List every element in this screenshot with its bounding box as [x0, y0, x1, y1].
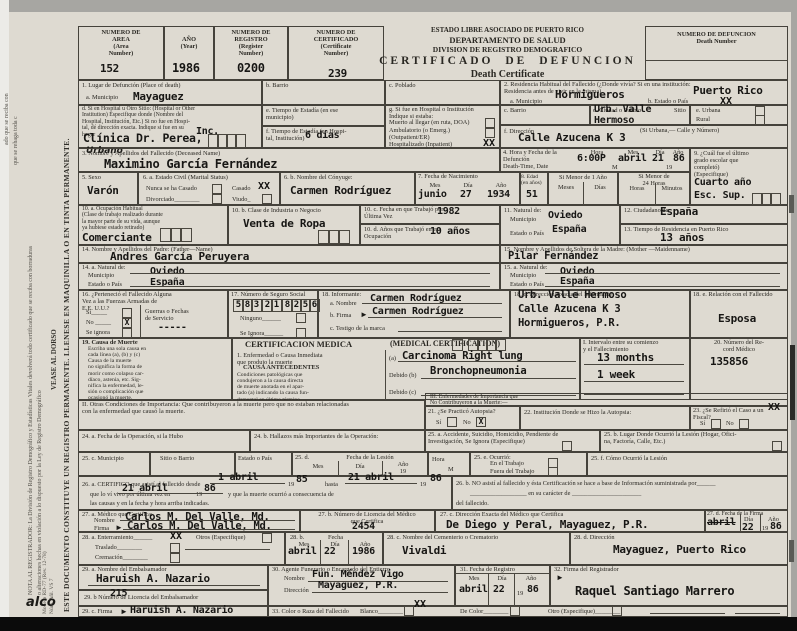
burial-cremacion-checkbox	[170, 553, 180, 563]
residence-municipio-value: Hormigueros	[555, 88, 625, 102]
autopsy-label: 21. ¿Se Practicó Autopsia?	[428, 408, 496, 415]
title-certificate: CERTIFICADO DE DEFUNCION	[360, 55, 655, 68]
place-municipio-value: Mayaguez	[133, 90, 184, 104]
injury-dia-label: Día	[340, 463, 380, 470]
spouse-label: 6. b. Nombre del Cónyuge:	[284, 174, 353, 181]
embalmer-signature-label: 29. c. Firma	[82, 608, 112, 615]
physician-address-value: De Diego y Peral, Mayaguez, P.R.	[446, 518, 648, 532]
cause-of-death-instructions: Escriba una sola causa en cada línea (a)…	[88, 346, 228, 401]
er-checkbox	[485, 128, 495, 138]
title-division: DIVISION DE REGISTRO DEMOGRAFICO	[375, 46, 640, 54]
signature-mes-value: abril	[707, 517, 736, 530]
widowed-checkbox	[262, 194, 272, 204]
father-natural-municipio-label: Municipio	[88, 272, 114, 279]
fiscal-si-label: Sí	[700, 420, 705, 427]
occupation-cell	[180, 228, 192, 242]
signature-arrow-icon: ►	[120, 607, 128, 616]
cemetery-address-label: 28. d. Dirección	[574, 534, 615, 541]
burial-otros-checkbox	[262, 533, 272, 543]
ssn-digit: 3	[251, 299, 262, 312]
line	[421, 378, 576, 379]
registry-date-label: 31. Fecha de Registro	[460, 566, 515, 573]
embalmer-value: Haruish A. Nazario	[96, 572, 210, 586]
cause-of-death-label: 19. Causa de Muerte	[82, 339, 138, 346]
margin-note-fragment: ado que se reciba con	[4, 10, 10, 145]
line	[123, 529, 295, 530]
industry-value: Venta de Ropa	[243, 217, 325, 231]
signature-ano-prefix: 19	[762, 525, 768, 532]
hospital-status-er-label: Ambulatorio (o Emerg.) (Outpatient/ER)	[389, 127, 481, 141]
injury-date-number: 25. d.	[295, 454, 309, 461]
accident-type-cell	[562, 441, 572, 451]
residence-estado-label: b. Estado o País	[648, 98, 688, 105]
place-municipio-label: a. Municipio	[86, 94, 118, 101]
burial-traslado-label: Traslado________	[95, 544, 142, 551]
deceased-name-label: 3. Nombre y Apellidos del Fallecido (Dec…	[82, 150, 220, 157]
industry-cell	[338, 230, 350, 244]
autopsy-si-label: Sí	[436, 419, 441, 426]
autopsy-institution-label: 22. Institución Donde se Hizo la Autopsi…	[524, 409, 684, 416]
title-death-certificate: Death Certificate	[375, 69, 640, 80]
scan-artifact	[789, 540, 794, 562]
birth-ano-value: 1934	[487, 189, 510, 202]
urbana-label: e. Urbana	[696, 107, 720, 114]
mother-natural-estado-label: Estado o País	[510, 281, 544, 288]
line	[398, 331, 502, 332]
informant-label: 18. Informante:	[322, 291, 361, 298]
pr-residence-time-value: 13 años	[660, 231, 704, 245]
operation-findings-label: 24. b. Hallazos más Importantes de la Op…	[254, 433, 422, 440]
industry-label: 10. b. Clase de Industria o Negocio	[232, 207, 358, 214]
ssn-ninguno-label: Ninguno______	[240, 315, 281, 322]
armed-ignora-checkbox	[122, 328, 132, 338]
last-worked-value: 1982	[437, 206, 460, 219]
year-label: AÑO (Year)	[165, 36, 213, 50]
physician-address-label: 27. c. Dirección Exacta del Médico que C…	[440, 511, 563, 518]
armed-ignora-label: Se ignora	[86, 329, 110, 336]
signature-arrow-icon: ►	[115, 523, 123, 532]
divider	[338, 461, 339, 476]
certificate-number-label: NUMERO DE CERTIFICADO (Certificate Numbe…	[290, 29, 382, 57]
year-value: 1986	[172, 61, 200, 76]
spouse-value: Carmen Rodríguez	[290, 184, 391, 198]
autopsy-no-checkbox: X	[476, 417, 486, 427]
wars-label: Guerras o Fechas de Servicio	[145, 308, 225, 322]
death-ano-prefix: 19	[666, 164, 672, 171]
injury-place-label: 25. b. Lugar Donde Ocurrió la Lesión (Ho…	[604, 431, 784, 445]
registrar-signature-label: 32. Firma del Registrador	[554, 566, 619, 573]
physician-firma-label: Firma	[94, 525, 109, 532]
margin-note-registrar-2: o alteraciones hechas en violación a lo …	[37, 90, 43, 595]
citizen-value: España	[660, 205, 698, 219]
register-number-label: NUMERO DE REGISTRO (Register Number)	[216, 29, 286, 57]
certify-y2-value: 86	[430, 473, 441, 486]
deceased-name-value: Maximino García Fernández	[104, 157, 277, 172]
armed-si-label: Sí_____	[86, 309, 107, 316]
birth-mes-label: Mes	[418, 182, 452, 189]
funeral-nombre-label: Nombre	[284, 575, 305, 582]
line	[185, 549, 270, 550]
father-natural-estado-value: España	[150, 277, 184, 290]
certify-y1-value: 85	[296, 474, 307, 487]
place-of-death-label: 1. Lugar de Defunción (Place of death)	[82, 82, 262, 89]
residence-city-value: Urb. Valle Hermoso	[594, 104, 651, 126]
injury-place-cell	[772, 441, 782, 451]
divider	[348, 540, 349, 565]
cause-c-label: Debido (c)	[389, 389, 416, 396]
title-commonwealth: ESTADO LIBRE ASOCIADO DE PUERTO RICO	[375, 27, 640, 35]
natural-estado-label: Estado o País	[510, 230, 544, 237]
signature-arrow-icon: ►	[360, 310, 368, 319]
line	[345, 483, 417, 484]
race-decolor-label: De Color________	[460, 608, 508, 615]
certify-y2-prefix: 19	[420, 481, 426, 488]
under-1-year-label: Si Menor de 1 Año	[549, 174, 617, 181]
birth-dia-label: Día	[454, 182, 482, 189]
certify-hasta: hasta	[325, 481, 338, 488]
area-number-value: 152	[100, 62, 119, 76]
divider	[140, 305, 141, 338]
divorced-label: Divorciado________	[146, 196, 200, 203]
death-dia-value: 21	[652, 153, 663, 166]
ssn-ignora-label: Se Ignora______	[240, 330, 283, 337]
ssn-ignora-checkbox	[296, 328, 306, 338]
divider	[488, 573, 489, 606]
scan-artifact	[790, 345, 795, 420]
ssn-label: 17. Número de Seguro Social	[231, 291, 317, 298]
informant-testigo-label: c. Testigo de la marca	[330, 325, 385, 332]
injury-off-work-label: Fuera del Trabajo	[490, 468, 534, 475]
residence-barrio-label: c. Barrio	[504, 107, 526, 114]
cause-code-dash: -	[463, 340, 465, 347]
register-number-value: 0200	[237, 61, 265, 76]
fiscal-no-label: No	[726, 420, 734, 427]
registry-dia-value: 22	[493, 584, 504, 597]
certificate-number-value: 239	[328, 67, 347, 81]
divider	[385, 350, 386, 400]
line	[88, 585, 260, 586]
autopsy-no-label: No	[463, 419, 471, 426]
age-label: 8. Edad (en años)	[521, 174, 548, 187]
margin-permanent-record-note: ESTE DOCUMENTO CONSTITUYE UN REGISTRO PE…	[62, 32, 71, 612]
divider	[583, 182, 584, 205]
birth-mes-value: junio	[418, 189, 447, 202]
not-attended-line3: del fallecido.	[456, 500, 489, 507]
registry-dia-label: Día	[490, 575, 514, 582]
cemetery-label: 28. c. Nombre del Cementerio o Crematori…	[387, 534, 567, 541]
cemetery-address-value: Mayaguez, Puerto Rico	[613, 543, 746, 557]
death-datetime-label: 4. Hora y Fecha de la Defunción Death-Ti…	[503, 149, 583, 170]
certify-line3: las causas y en la fecha y hora arriba i…	[90, 500, 209, 507]
residence-address-paren: (Si Urbana,— Calle y Número)	[640, 127, 719, 134]
race-otro-label: Otro (Especifique)________	[548, 608, 620, 615]
informant-relation-value: Esposa	[718, 312, 756, 326]
registry-mes-value: abril	[459, 584, 488, 597]
other-conditions-label: II. Otras Condiciones de Importancia: Qu…	[82, 401, 422, 416]
cause-a-label: (a)	[389, 355, 396, 362]
burial-mes-value: abril	[288, 546, 317, 559]
divider	[514, 573, 515, 606]
rural-label: Rural	[696, 116, 710, 123]
race-blanco-checkbox	[404, 606, 414, 616]
education-value: Cuarto año Esc. Sup.	[694, 177, 751, 202]
line	[398, 361, 576, 362]
area-number-label: NUMERO DE AREA (Area Number)	[80, 29, 162, 57]
cemetery-value: Vivaldi	[402, 544, 446, 558]
registrar-signature-value: Raquel Santiago Marrero	[575, 584, 734, 599]
stay-hospital-value: 6 días	[305, 130, 339, 143]
injury-mes-label: Mes	[298, 463, 338, 470]
line	[130, 286, 490, 287]
armed-no-label: No _____	[86, 319, 111, 326]
injury-municipio-label: 25. c. Municipio	[82, 455, 124, 462]
occupation-value: Comerciante	[82, 231, 152, 245]
hospital-status-doa-label: Muerto al llegar (en ruta, DOA)	[389, 119, 481, 126]
line	[455, 573, 550, 574]
registry-ano-value: 86	[527, 584, 538, 597]
not-attended-line1: 26. b. NO asistí al fallecido y ésta Cer…	[456, 480, 784, 487]
stay-municipio-label: e. Tiempo de Estadía (en ese municipio)	[266, 107, 384, 121]
education-label: 9. ¿Cuál fue el último grado escolar que…	[694, 150, 786, 178]
margin-note-fragment: que se rehaga toda c	[13, 15, 19, 165]
scan-artifact	[789, 195, 794, 213]
injury-hora-label: Hora	[432, 456, 445, 463]
marital-status-label: 6. a. Estado Civil (Marital Status)	[143, 174, 228, 181]
registry-mes-label: Mes	[458, 575, 490, 582]
death-mes-value: abril	[618, 153, 647, 166]
burial-date-number: 28. b.	[290, 534, 304, 541]
rural-checkbox	[755, 115, 765, 125]
natural-municipio-label: Municipio	[510, 216, 536, 223]
injury-hora-m: M	[448, 466, 454, 473]
mother-natural-label: 15. a. Natural de:	[504, 264, 548, 271]
hospital-value: Clínica Dr. Perea,	[83, 131, 202, 145]
meses-label: Meses	[549, 184, 583, 191]
race-label: 33. Color o Raza del Fallecido	[272, 608, 349, 615]
injury-estado-label: Estado o País	[238, 455, 272, 462]
race-blanco-label: Blanco________	[360, 608, 403, 615]
embalmer-license-label: 29. b Número de Licencia del Embalsamado…	[84, 594, 198, 601]
line	[368, 317, 502, 318]
death-number-label: NUMERO DE DEFUNCION Death Number	[650, 31, 783, 45]
antecedent-conditions-label: Condiciones patológicas que condujeron a…	[237, 372, 382, 403]
burial-date-label: Fecha	[328, 534, 343, 541]
divider	[740, 514, 741, 532]
cause-b-value: Bronchopneumonia	[430, 365, 526, 378]
widowed-label: Viudo_	[232, 196, 251, 203]
armed-no-checkbox: X	[122, 318, 132, 328]
divider	[760, 514, 761, 532]
divider	[655, 183, 656, 205]
residence-sitio-label: Sitio	[674, 107, 686, 114]
margin-note-registrar: NOTA AL REGISTRADOR: La División de Regi…	[28, 90, 34, 595]
age-value: 51	[526, 189, 537, 202]
scan-bottom-bar	[0, 617, 797, 631]
mother-name-value: Pilar Fernández	[508, 250, 598, 263]
wars-value: -----	[158, 322, 187, 335]
hospital-status-inpatient-label: Hospitalizado (Inpatient)	[389, 141, 481, 148]
not-attended-line2: __________________ en su carácter de ___…	[470, 490, 780, 497]
fiscal-no-checkbox	[739, 419, 749, 429]
divorced-checkbox	[212, 194, 222, 204]
burial-cremacion-label: Cremación________	[95, 554, 148, 561]
burial-dia-value: 22	[324, 546, 335, 559]
race-blanco-mark: XX	[414, 599, 426, 610]
mother-natural-municipio-label: Municipio	[510, 272, 536, 279]
interval-value-1: 13 months	[597, 351, 654, 365]
informant-relation-label: 18. e. Relación con el Fallecido	[693, 291, 785, 298]
line	[118, 493, 223, 494]
handwritten-alco: alco	[26, 595, 56, 610]
poblado-label: c. Poblado	[389, 82, 416, 89]
line	[130, 273, 490, 274]
informant-nombre-label: a. Nombre	[330, 300, 357, 307]
informant-address-value: Urb. Valle Hermoso Calle Azucena K 3 Hor…	[518, 288, 626, 331]
injury-sitio-label: Sitio o Barrio	[160, 455, 194, 462]
line	[545, 286, 780, 287]
armed-si-checkbox	[122, 308, 132, 318]
barrio-label: b. Barrio	[266, 82, 288, 89]
injury-date-label: Fecha de la Lesión	[320, 454, 420, 461]
fiscal-si-checkbox	[711, 419, 721, 429]
line	[735, 613, 780, 614]
embalmer-license-value: 215	[110, 588, 127, 601]
married-mark: XX	[258, 181, 270, 192]
residence-address-value: Calle Azucena K 3	[518, 131, 625, 145]
occupation-label: 10. a. Ocupación Habitual (Clase de trab…	[82, 206, 227, 232]
line	[545, 273, 780, 274]
burial-ano-value: 1986	[352, 546, 375, 559]
married-label: Casado	[232, 185, 251, 192]
death-number-line	[645, 60, 788, 61]
minutos-label: Minutos	[655, 185, 689, 192]
birth-ano-label: Año	[486, 182, 516, 189]
registry-ano-label: Año	[516, 575, 546, 582]
medical-certification-title: CERTIFICACION MEDICA	[245, 340, 352, 350]
ssn-digit: 1	[271, 299, 282, 312]
injury-at-work-label: En el Trabajo	[490, 460, 524, 467]
never-married-checkbox	[212, 184, 222, 194]
funeral-direccion-label: Dirección	[284, 587, 309, 594]
injury-how-label: 25. f. Cómo Ocurrió la Lesión	[591, 455, 667, 462]
death-ano-value: 86	[673, 153, 684, 166]
race-otro-checkbox	[612, 606, 622, 616]
margin-vease-al-dorso: VEASE AL DORSO	[50, 290, 58, 390]
father-natural-label: 14. a. Natural de:	[82, 264, 126, 271]
divider	[320, 540, 321, 565]
education-cell	[770, 193, 781, 205]
signature-arrow-icon: ►	[556, 573, 564, 582]
line	[584, 364, 684, 365]
death-hora-m: M	[612, 164, 618, 171]
race-decolor-checkbox	[510, 606, 520, 616]
line	[584, 381, 684, 382]
causa-antecedentes-label: CAUSA ANTECEDENTES	[243, 364, 319, 371]
certify-y1-prefix: 19	[288, 481, 294, 488]
father-natural-estado-label: Estado o País	[88, 281, 122, 288]
doa-checkbox	[485, 118, 495, 128]
horas-label: Horas	[619, 185, 655, 192]
operation-date-label: 24. a. Fecha de la Operación, si la Hubo	[82, 433, 183, 440]
ssn-ninguno-checkbox	[296, 313, 306, 323]
medical-record-label: 20. Número del Re- cord Médico	[693, 339, 785, 353]
birthdate-label: 7. Fecha de Nacimiento	[418, 173, 518, 180]
fiscal-mark: XX	[768, 402, 780, 413]
residence-municipio-label: a. Municipio	[510, 98, 542, 105]
never-married-label: Nunca se ha Casado	[146, 185, 197, 192]
death-hora-value: 6:00P	[577, 153, 606, 166]
certify-line2-suffix: y que la muerte ocurrió a consecuencia d…	[228, 491, 334, 498]
burial-otros-label: Otros (Especifique)	[196, 534, 245, 541]
natural-estado-value: España	[552, 224, 586, 237]
line	[362, 303, 502, 304]
hospital-cell	[235, 134, 246, 148]
burial-mark: XX	[170, 531, 182, 542]
medical-record-value: 135856	[710, 355, 748, 369]
line	[210, 483, 285, 484]
sex-value: Varón	[87, 184, 119, 198]
physician-nombre-label: Nombre	[94, 517, 115, 524]
father-name-value: Andres García Peruyera	[110, 250, 249, 264]
registry-ano-prefix: 19	[517, 590, 523, 597]
burial-enterramiento-label: 28. a. Enterramiento______	[82, 534, 152, 541]
autopsy-si-checkbox	[447, 417, 457, 427]
line	[650, 613, 725, 614]
years-worked-value: 10 años	[430, 226, 470, 239]
embalmer-signature-value: Haruish A. Nazario	[130, 605, 233, 618]
hospital-status-label: g. Si fue en Hospital o Institución Indi…	[389, 106, 499, 120]
sex-label: 5. Sexo	[82, 174, 101, 181]
birth-dia-value: 27	[460, 189, 471, 202]
line	[312, 592, 448, 593]
informant-firma-label: b. Firma	[330, 312, 351, 319]
dias-label: Días	[583, 184, 617, 191]
interval-value-2: 1 week	[597, 368, 635, 382]
natural-de-label: 11. Natural de:	[504, 207, 541, 214]
funeral-direccion-value: Mayaguez, P.R.	[318, 580, 398, 593]
burial-traslado-checkbox	[170, 543, 180, 553]
natural-municipio-value: Oviedo	[548, 210, 582, 223]
cause-b-label: Debido (b)	[389, 372, 416, 379]
